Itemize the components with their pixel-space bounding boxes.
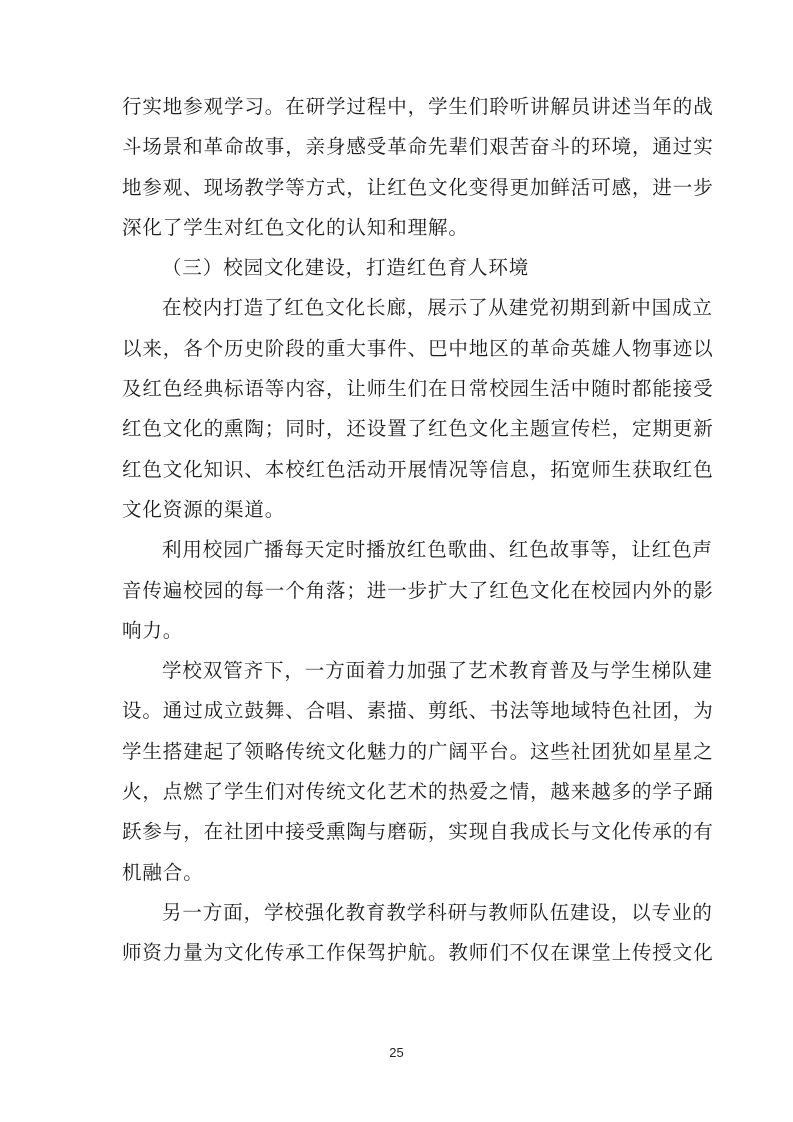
text-line: 斗场景和革命故事，亲身感受革命先辈们艰苦奋斗的环境，通过实 (122, 127, 682, 167)
text-line: 深化了学生对红色文化的认知和理解。 (122, 208, 682, 248)
paragraph-teacher-development: 另一方面，学校强化教育教学科研与教师队伍建设，以专业的 师资力量为文化传承工作保… (122, 893, 682, 974)
section-heading: （三）校园文化建设，打造红色育人环境 (122, 248, 682, 288)
text-line: 设。通过成立鼓舞、合唱、素描、剪纸、书法等地域特色社团，为 (122, 691, 682, 731)
text-line: 响力。 (122, 611, 682, 651)
text-line: 学校双管齐下，一方面着力加强了艺术教育普及与学生梯队建 (122, 651, 682, 691)
text-line: 以来，各个历史阶段的重大事件、巴中地区的革命英雄人物事迹以 (122, 329, 682, 369)
document-page: 行实地参观学习。在研学过程中，学生们聆听讲解员讲述当年的战 斗场景和革命故事，亲… (0, 0, 793, 1122)
text-line: 及红色经典标语等内容，让师生们在日常校园生活中随时都能接受 (122, 369, 682, 409)
text-line: 音传遍校园的每一个角落；进一步扩大了红色文化在校园内外的影 (122, 571, 682, 611)
text-line: 机融合。 (122, 853, 682, 893)
paragraph-research-visit: 行实地参观学习。在研学过程中，学生们聆听讲解员讲述当年的战 斗场景和革命故事，亲… (122, 87, 682, 248)
text-line: 利用校园广播每天定时播放红色歌曲、红色故事等，让红色声 (122, 530, 682, 570)
document-body: 行实地参观学习。在研学过程中，学生们聆听讲解员讲述当年的战 斗场景和革命故事，亲… (122, 87, 682, 974)
text-line: 另一方面，学校强化教育教学科研与教师队伍建设，以专业的 (122, 893, 682, 933)
paragraph-art-education: 学校双管齐下，一方面着力加强了艺术教育普及与学生梯队建 设。通过成立鼓舞、合唱、… (122, 651, 682, 893)
text-line: 地参观、现场教学等方式，让红色文化变得更加鲜活可感，进一步 (122, 168, 682, 208)
text-line: 在校内打造了红色文化长廊，展示了从建党初期到新中国成立 (122, 288, 682, 328)
paragraph-campus-broadcast: 利用校园广播每天定时播放红色歌曲、红色故事等，让红色声 音传遍校园的每一个角落；… (122, 530, 682, 651)
section-heading-text: （三）校园文化建设，打造红色育人环境 (122, 248, 682, 288)
text-line: 文化资源的渠道。 (122, 490, 682, 530)
text-line: 红色文化的熏陶；同时，还设置了红色文化主题宣传栏，定期更新 (122, 409, 682, 449)
paragraph-culture-corridor: 在校内打造了红色文化长廊，展示了从建党初期到新中国成立 以来，各个历史阶段的重大… (122, 288, 682, 530)
text-line: 红色文化知识、本校红色活动开展情况等信息，拓宽师生获取红色 (122, 450, 682, 490)
text-line: 师资力量为文化传承工作保驾护航。教师们不仅在课堂上传授文化 (122, 933, 682, 973)
text-line: 学生搭建起了领略传统文化魅力的广阔平台。这些社团犹如星星之 (122, 732, 682, 772)
text-line: 火，点燃了学生们对传统文化艺术的热爱之情，越来越多的学子踊 (122, 772, 682, 812)
page-number: 25 (0, 1045, 793, 1060)
text-line: 跃参与，在社团中接受熏陶与磨砺，实现自我成长与文化传承的有 (122, 812, 682, 852)
text-line: 行实地参观学习。在研学过程中，学生们聆听讲解员讲述当年的战 (122, 87, 682, 127)
